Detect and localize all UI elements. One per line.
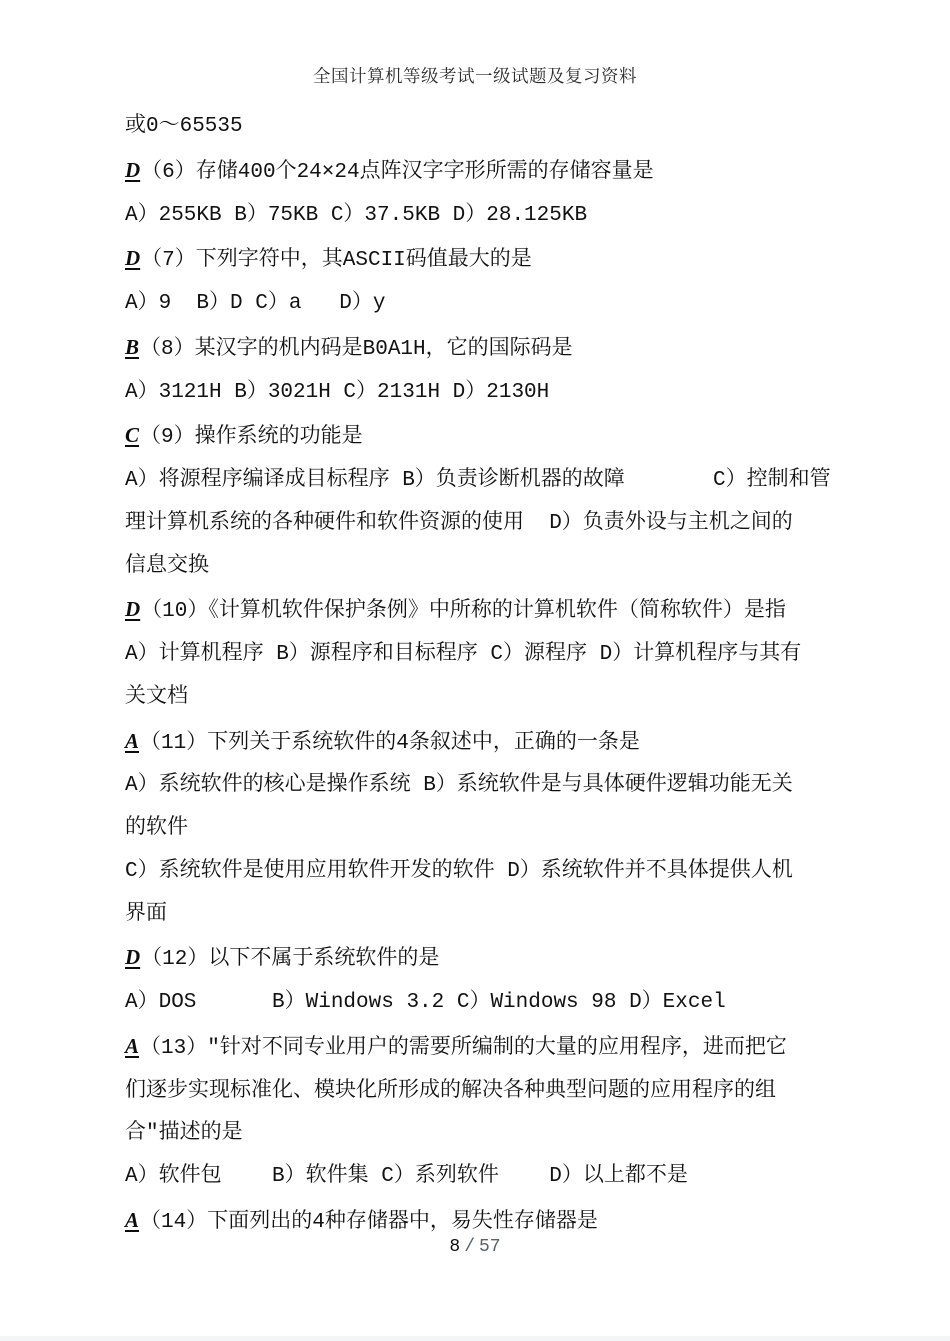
line-text: A）3121H B）3021H C）2131H D）2130H <box>125 381 549 404</box>
line-text: （8）某汉字的机内码是B0A1H，它的国际码是 <box>140 338 573 361</box>
line-text: （10）《计算机软件保护条例》中所称的计算机软件（简称软件）是指 <box>141 600 786 623</box>
text-line: D（6）存储400个24×24点阵汉字字形所需的存储容量是 <box>125 149 885 195</box>
text-line: C（9）操作系统的功能是 <box>125 414 885 460</box>
page-number: 8 <box>449 1237 460 1257</box>
line-text: （7）下列字符中，其ASCII码值最大的是 <box>141 249 532 272</box>
text-line: 信息交换 <box>125 546 885 589</box>
text-line: D（7）下列字符中，其ASCII码值最大的是 <box>125 237 885 283</box>
line-text: A）将源程序编译成目标程序 B）负责诊断机器的故障 C）控制和管 <box>125 469 831 492</box>
answer-letter: A <box>125 1208 140 1232</box>
text-line: D（10）《计算机软件保护条例》中所称的计算机软件（简称软件）是指 <box>125 588 885 634</box>
text-line: A）软件包 B）软件集 C）系列软件 D）以上都不是 <box>125 1156 885 1199</box>
page-total: 57 <box>479 1237 501 1257</box>
document-page: 全国计算机等级考试一级试题及复习资料 或0～65535D（6）存储400个24×… <box>0 0 950 1341</box>
page-bottom-edge <box>0 1336 950 1341</box>
text-line: 或0～65535 <box>125 106 885 149</box>
text-line: A）3121H B）3021H C）2131H D）2130H <box>125 372 885 415</box>
document-body: 或0～65535D（6）存储400个24×24点阵汉字字形所需的存储容量是A）2… <box>125 106 885 1245</box>
text-line: 关文档 <box>125 677 885 720</box>
line-text: A）系统软件的核心是操作系统 B）系统软件是与具体硬件逻辑功能无关 <box>125 774 793 797</box>
text-line: A（11）下列关于系统软件的4条叙述中，正确的一条是 <box>125 720 885 766</box>
text-line: A）DOS B）Windows 3.2 C）Windows 98 D）Excel <box>125 982 885 1025</box>
text-line: B（8）某汉字的机内码是B0A1H，它的国际码是 <box>125 326 885 372</box>
line-text: A）计算机程序 B）源程序和目标程序 C）源程序 D）计算机程序与其有 <box>125 643 801 666</box>
line-text: （13）"针对不同专业用户的需要所编制的大量的应用程序，进而把它 <box>140 1037 787 1060</box>
page-header: 全国计算机等级考试一级试题及复习资料 <box>0 64 950 90</box>
text-line: A）系统软件的核心是操作系统 B）系统软件是与具体硬件逻辑功能无关 <box>125 765 885 808</box>
text-line: 界面 <box>125 894 885 937</box>
text-line: 的软件 <box>125 808 885 851</box>
text-line: A（13）"针对不同专业用户的需要所编制的大量的应用程序，进而把它 <box>125 1025 885 1071</box>
line-text: 或0～65535 <box>125 115 243 138</box>
line-text: （9）操作系统的功能是 <box>140 426 363 449</box>
answer-letter: D <box>125 597 141 621</box>
text-line: C）系统软件是使用应用软件开发的软件 D）系统软件并不具体提供人机 <box>125 851 885 894</box>
text-line: 合"描述的是 <box>125 1113 885 1156</box>
line-text: （14）下面列出的4种存储器中，易失性存储器是 <box>140 1211 598 1234</box>
line-text: 界面 <box>125 903 167 926</box>
answer-letter: D <box>125 945 141 969</box>
line-text: 们逐步实现标准化、模块化所形成的解决各种典型问题的应用程序的组 <box>125 1080 776 1103</box>
answer-letter: D <box>125 246 141 270</box>
answer-letter: B <box>125 335 140 359</box>
document-title: 全国计算机等级考试一级试题及复习资料 <box>313 67 637 87</box>
answer-letter: A <box>125 1034 140 1058</box>
line-text: A）软件包 B）软件集 C）系列软件 D）以上都不是 <box>125 1165 688 1188</box>
page-number-separator: / <box>460 1237 479 1257</box>
answer-letter: D <box>125 158 141 182</box>
text-line: A）将源程序编译成目标程序 B）负责诊断机器的故障 C）控制和管 <box>125 460 885 503</box>
text-line: D（12）以下不属于系统软件的是 <box>125 936 885 982</box>
line-text: 关文档 <box>125 686 188 709</box>
line-text: （6）存储400个24×24点阵汉字字形所需的存储容量是 <box>141 161 653 184</box>
line-text: 信息交换 <box>125 555 209 578</box>
line-text: （12）以下不属于系统软件的是 <box>141 948 439 971</box>
answer-letter: A <box>125 729 140 753</box>
text-line: A）计算机程序 B）源程序和目标程序 C）源程序 D）计算机程序与其有 <box>125 634 885 677</box>
line-text: 理计算机系统的各种硬件和软件资源的使用 D）负责外设与主机之间的 <box>125 512 793 535</box>
page-footer: 8/57 <box>0 1236 950 1259</box>
answer-letter: C <box>125 423 140 447</box>
text-line: A）255KB B）75KB C）37.5KB D）28.125KB <box>125 195 885 238</box>
line-text: （11）下列关于系统软件的4条叙述中，正确的一条是 <box>140 732 640 755</box>
line-text: A）255KB B）75KB C）37.5KB D）28.125KB <box>125 204 587 227</box>
line-text: A）DOS B）Windows 3.2 C）Windows 98 D）Excel <box>125 991 726 1014</box>
line-text: A）9 B）D C）a D）y <box>125 292 385 315</box>
text-line: 理计算机系统的各种硬件和软件资源的使用 D）负责外设与主机之间的 <box>125 503 885 546</box>
text-line: A）9 B）D C）a D）y <box>125 283 885 326</box>
text-line: 们逐步实现标准化、模块化所形成的解决各种典型问题的应用程序的组 <box>125 1071 885 1114</box>
line-text: 的软件 <box>125 817 188 840</box>
line-text: 合"描述的是 <box>125 1122 243 1145</box>
line-text: C）系统软件是使用应用软件开发的软件 D）系统软件并不具体提供人机 <box>125 860 793 883</box>
